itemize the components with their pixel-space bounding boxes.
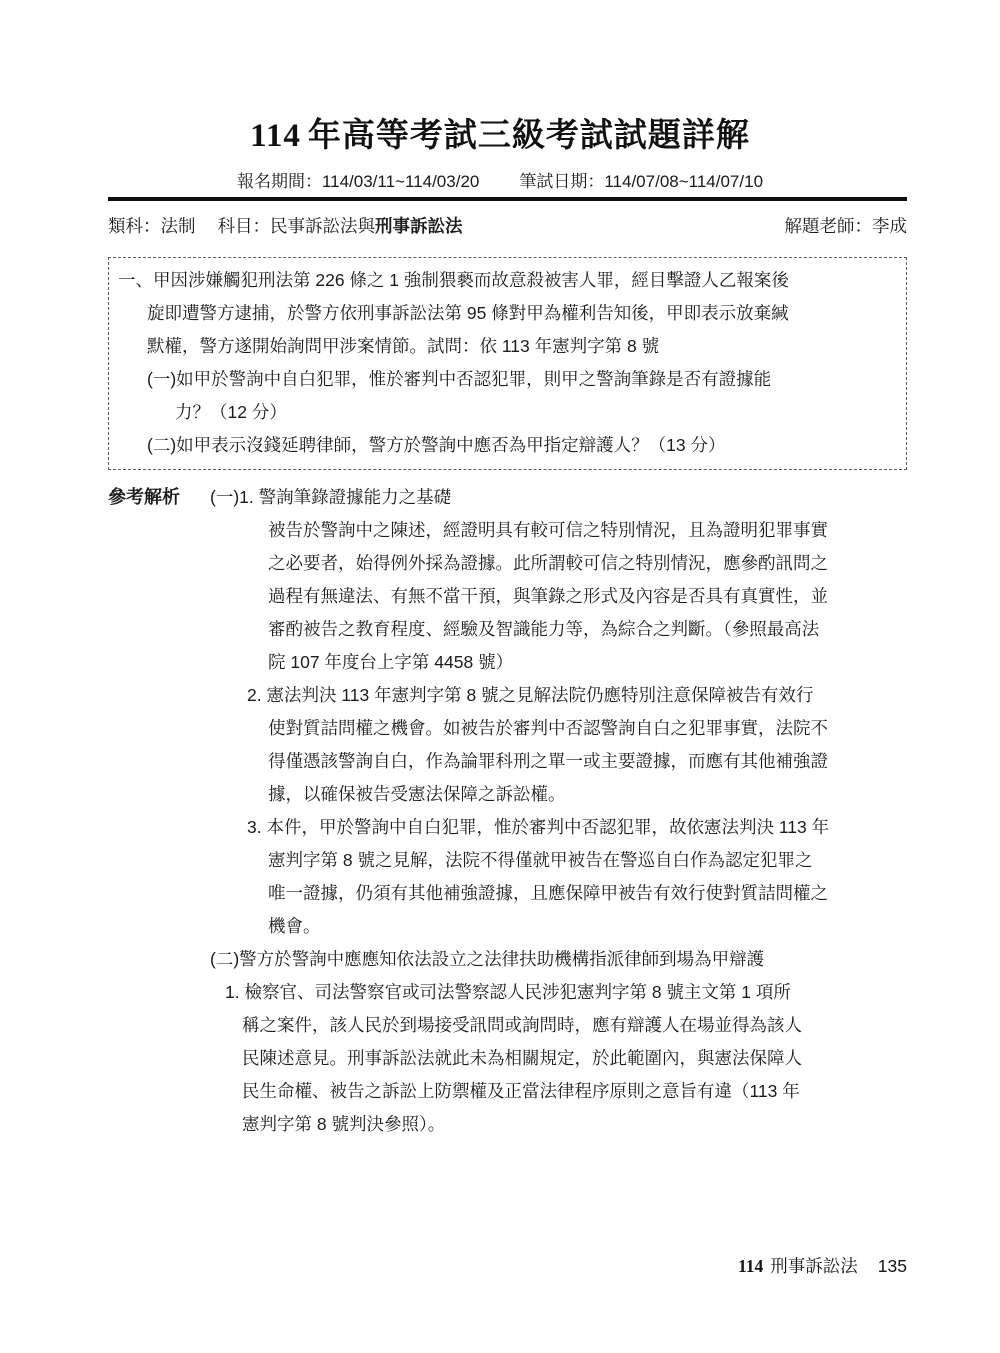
analysis-line: 民陳述意見。刑事訴訟法就此未為相關規定，於此範圍內，與憲法保障人 xyxy=(242,1042,907,1075)
analysis-line: 1. 檢察官、司法警察官或司法警察認人民涉犯憲判字第 8 號主文第 1 項所 xyxy=(225,976,907,1009)
analysis-line: 2. 憲法判決 113 年憲判字第 8 號之見解法院仍應特別注意保障被告有效行 xyxy=(247,679,907,712)
analysis-line: 民生命權、被告之訴訟上防禦權及正當法律程序原則之意旨有違（113 年 xyxy=(242,1075,907,1108)
title-text: 年高等考試三級考試試題詳解 xyxy=(308,116,750,153)
question-line: (二)如甲表示沒錢延聘律師，警方於警詢中應否為甲指定辯護人？（13 分） xyxy=(147,429,894,462)
question-box: 一、甲因涉嫌觸犯刑法第 226 條之 1 強制猥褻而故意殺被害人罪，經目擊證人乙… xyxy=(108,257,907,470)
analysis-line: 院 107 年度台上字第 4458 號） xyxy=(268,646,907,679)
analysis-line: 被告於警詢中之陳述，經證明具有較可信之特別情況，且為證明犯罪事實 xyxy=(268,514,907,547)
analysis-line: 使對質詰問權之機會。如被告於審判中否認警詢自白之犯罪事實，法院不 xyxy=(268,712,907,745)
analysis-line: 之必要者，始得例外採為證據。此所謂較可信之特別情況，應參酌訊問之 xyxy=(268,547,907,580)
analysis-line: 憲判字第 8 號判決參照）。 xyxy=(242,1108,907,1141)
teacher-label: 解題老師：李成 xyxy=(785,213,908,240)
question-line: 默權，警方遂開始詢問甲涉案情節。試問：依 113 年憲判字第 8 號 xyxy=(147,330,894,363)
footer-volume: 114 xyxy=(738,1256,763,1276)
analysis-section: 參考解析 (一)1. 警詢筆錄證據能力之基礎 被告於警詢中之陳述，經證明具有較可… xyxy=(108,481,907,1141)
subject-label: 科目：民事訴訟法與 xyxy=(218,216,376,236)
title-year: 114 xyxy=(250,118,301,154)
analysis-body: (一)1. 警詢筆錄證據能力之基礎 被告於警詢中之陳述，經證明具有較可信之特別情… xyxy=(210,481,907,1141)
exam-dates-row: 報名期間：114/03/11~114/03/20筆試日期：114/07/08~1… xyxy=(0,170,1000,194)
analysis-line: 稱之案件，該人民於到場接受訊問或詢問時，應有辯護人在場並得為該人 xyxy=(242,1009,907,1042)
analysis-line: 得僅憑該警詢自白，作為論罪科刑之單一或主要證據，而應有其他補強證 xyxy=(268,745,907,778)
question-line: 旋即遭警方逮捕，於警方依刑事訴訟法第 95 條對甲為權利告知後，甲即表示放棄緘 xyxy=(147,297,894,330)
question-line: 一、甲因涉嫌觸犯刑法第 226 條之 1 強制猥褻而故意殺被害人罪，經目擊證人乙… xyxy=(118,264,894,297)
analysis-line: 唯一證據，仍須有其他補強證據，且應保障甲被告有效行使對質詰問權之 xyxy=(268,877,907,910)
meta-left: 類科：法制科目：民事訴訟法與刑事訴訟法 xyxy=(108,213,463,240)
analysis-line: 過程有無違法、有無不當干預，與筆錄之形式及內容是否具有真實性，並 xyxy=(268,580,907,613)
analysis-line: 機會。 xyxy=(268,910,907,943)
meta-row: 類科：法制科目：民事訴訟法與刑事訴訟法 解題老師：李成 xyxy=(108,213,907,240)
analysis-line: 3. 本件，甲於警詢中自白犯罪，惟於審判中否認犯罪，故依憲法判決 113 年 xyxy=(247,811,907,844)
question-line: (一)如甲於警詢中自白犯罪，惟於審判中否認犯罪，則甲之警詢筆錄是否有證據能 xyxy=(147,363,894,396)
page-title: 114年高等考試三級考試試題詳解 xyxy=(0,112,1000,159)
analysis-line: 審酌被告之教育程度、經驗及智識能力等，為綜合之判斷。（參照最高法 xyxy=(268,613,907,646)
analysis-line: 憲判字第 8 號之見解，法院不得僅就甲被告在警巡自白作為認定犯罪之 xyxy=(268,844,907,877)
document-page: 114年高等考試三級考試試題詳解 報名期間：114/03/11~114/03/2… xyxy=(0,0,1000,1353)
footer-page-number: 135 xyxy=(878,1256,907,1276)
analysis-line: (二)警方於警詢中應應知依法設立之法律扶助機構指派律師到場為甲辯護 xyxy=(210,943,907,976)
page-footer: 114刑事訴訟法135 xyxy=(108,1253,907,1278)
category-label: 類科：法制 xyxy=(108,216,196,236)
footer-subject: 刑事訴訟法 xyxy=(770,1256,858,1276)
analysis-line: (一)1. 警詢筆錄證據能力之基礎 xyxy=(210,481,907,514)
analysis-label: 參考解析 xyxy=(108,481,210,514)
written-exam-date: 筆試日期：114/07/08~114/07/10 xyxy=(519,172,763,191)
subject-bold-label: 刑事訴訟法 xyxy=(375,216,463,236)
divider-rule xyxy=(108,197,907,201)
question-line: 力？（12 分） xyxy=(175,396,894,429)
analysis-line: 據，以確保被告受憲法保障之訴訟權。 xyxy=(268,778,907,811)
registration-period: 報名期間：114/03/11~114/03/20 xyxy=(237,172,479,191)
